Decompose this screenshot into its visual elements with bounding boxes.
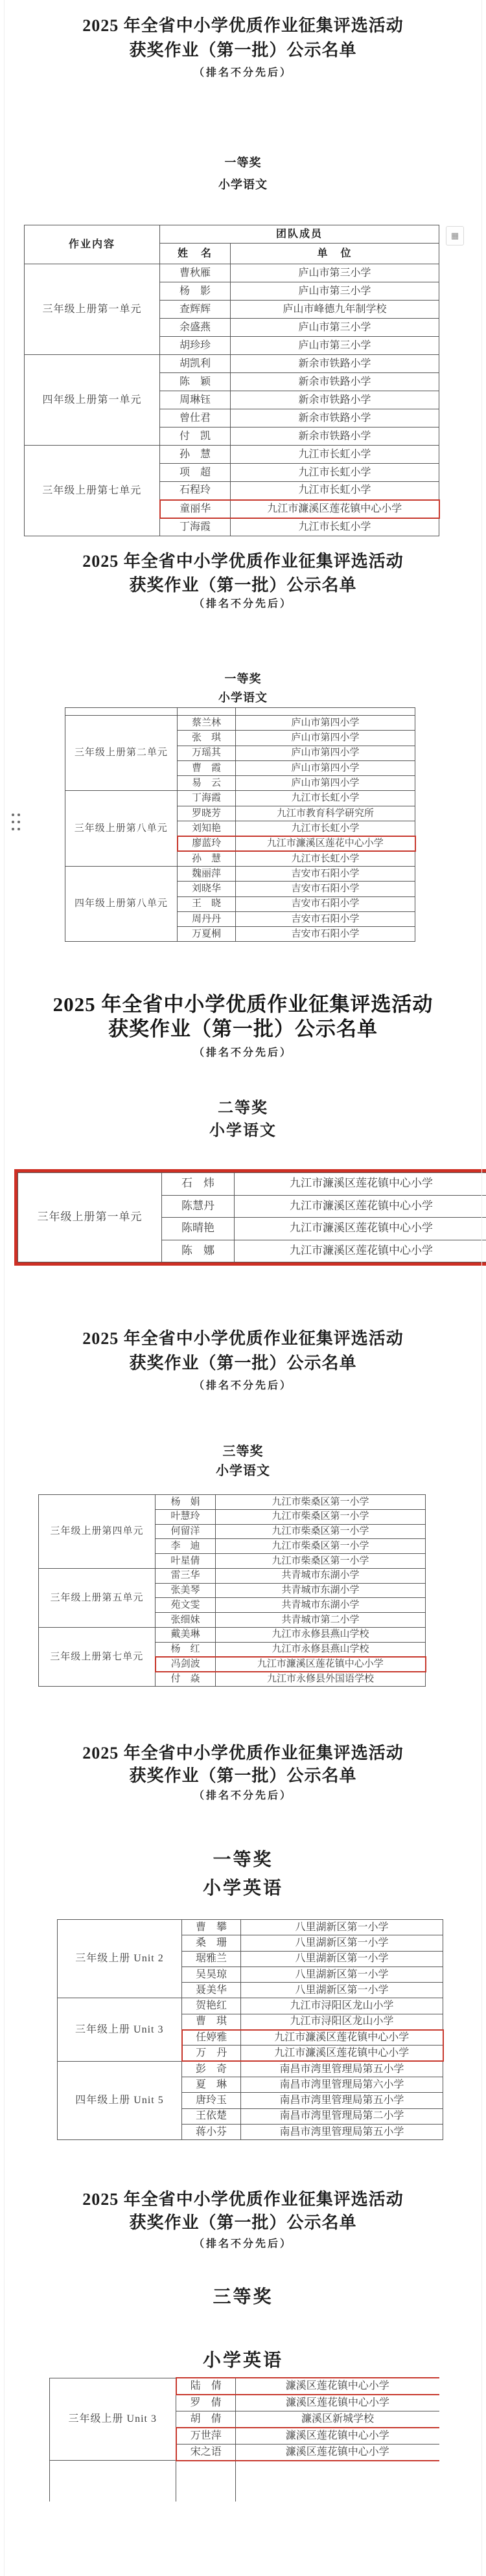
unit-cell: 三年级上册第四单元 bbox=[39, 1495, 156, 1569]
ranking-note: （排名不分先后） bbox=[0, 1047, 486, 1059]
awards-table-container: 三年级上册第一单元石 炜九江市濂溪区莲花镇中心小学陈慧丹九江市濂溪区莲花镇中心小… bbox=[14, 1169, 486, 1266]
name-cell: 唐玲玉 bbox=[182, 2093, 241, 2108]
org-cell: 九江市永修县外国语学校 bbox=[216, 1672, 426, 1687]
unit-cell: 四年级上册 Unit 5 bbox=[58, 2061, 182, 2139]
unit-cell: 四年级上册第八单元 bbox=[65, 866, 178, 941]
name-cell: 胡凯利 bbox=[160, 355, 231, 373]
award-level-heading: 三等奖 bbox=[0, 2286, 486, 2308]
ranking-note: （排名不分先后） bbox=[0, 2238, 486, 2250]
name-cell: 曹 攀 bbox=[182, 1920, 241, 1935]
name-cell: 项 超 bbox=[160, 464, 231, 482]
doc-title-line2: 获奖作业（第一批）公示名单 bbox=[0, 1353, 486, 1373]
table-row: 三年级上册第八单元丁海霞九江市长虹小学 bbox=[65, 791, 415, 806]
ranking-note: （排名不分先后） bbox=[0, 1380, 486, 1392]
awards-table-container: 三年级上册第二单元蔡兰林庐山市第四小学张 琪庐山市第四小学万瑶其庐山市第四小学曹… bbox=[65, 707, 415, 942]
name-cell: 雷三华 bbox=[156, 1568, 216, 1583]
subject-heading: 小学英语 bbox=[0, 1877, 486, 1899]
org-cell: 吉安市石阳小学 bbox=[236, 927, 415, 942]
awards-table: 作业内容团队成员姓 名单 位三年级上册第一单元曹秋雁庐山市第三小学杨 影庐山市第… bbox=[24, 225, 440, 536]
org-cell: 庐山市第三小学 bbox=[231, 337, 439, 355]
name-cell: 王依楚 bbox=[182, 2108, 241, 2124]
subject-heading: 小学语文 bbox=[0, 178, 486, 192]
table-row: 四年级上册第八单元魏丽萍吉安市石阳小学 bbox=[65, 866, 415, 881]
name-cell: 周丹丹 bbox=[178, 911, 236, 926]
org-cell: 濂溪区莲花镇中心小学 bbox=[236, 2444, 440, 2461]
org-cell: 濂溪区新城学校 bbox=[236, 2411, 440, 2428]
name-cell: 查辉辉 bbox=[160, 301, 231, 319]
name-cell: 吴昊琼 bbox=[182, 1966, 241, 1982]
name-cell: 魏丽萍 bbox=[178, 866, 236, 881]
org-cell: 九江市长虹小学 bbox=[236, 821, 415, 836]
table-row: 三年级上册第二单元蔡兰林庐山市第四小学 bbox=[65, 716, 415, 731]
name-cell: 彭 奇 bbox=[182, 2061, 241, 2077]
name-cell: 张细妹 bbox=[156, 1613, 216, 1628]
org-cell: 九江市濂溪区莲花镇中心小学 bbox=[241, 2046, 443, 2061]
org-cell: 吉安市石阳小学 bbox=[236, 882, 415, 896]
name-cell: 付 凯 bbox=[160, 427, 231, 446]
org-cell: 九江市柴桑区第一小学 bbox=[216, 1539, 426, 1554]
org-cell: 庐山市第四小学 bbox=[236, 760, 415, 775]
org-cell: 九江市濂溪区莲花镇中心小学 bbox=[235, 1173, 486, 1196]
unit-cell: 三年级上册 Unit 3 bbox=[58, 1998, 182, 2061]
org-cell: 九江市濂溪区莲花镇中心小学 bbox=[235, 1195, 486, 1218]
table-row: 三年级上册第七单元孙 慧九江市长虹小学 bbox=[25, 446, 439, 464]
awards-table-container: 三年级上册第四单元杨 娟九江市柴桑区第一小学叶慧玲九江市柴桑区第一小学何留洋九江… bbox=[38, 1494, 425, 1687]
name-cell: 万 丹 bbox=[182, 2046, 241, 2061]
name-cell: 石 炜 bbox=[162, 1173, 235, 1196]
name-cell: 刘晓华 bbox=[178, 882, 236, 896]
dot bbox=[12, 821, 14, 823]
right-edge-line bbox=[481, 0, 482, 2576]
name-cell: 叶星倩 bbox=[156, 1554, 216, 1569]
name-cell: 叶慧玲 bbox=[156, 1509, 216, 1524]
awards-table-container: 作业内容团队成员姓 名单 位三年级上册第一单元曹秋雁庐山市第三小学杨 影庐山市第… bbox=[24, 225, 439, 536]
org-cell: 南昌市湾里管理局第五小学 bbox=[241, 2061, 443, 2077]
header-team-members: 团队成员 bbox=[160, 225, 439, 244]
awards-table: 三年级上册 Unit 2曹 攀八里湖新区第一小学桑 珊八里湖新区第一小学琚雅兰八… bbox=[57, 1919, 444, 2140]
name-cell: 陆 倩 bbox=[176, 2378, 236, 2395]
org-cell: 吉安市石阳小学 bbox=[236, 896, 415, 911]
ranking-note: （排名不分先后） bbox=[0, 67, 486, 79]
org-cell: 八里湖新区第一小学 bbox=[241, 1935, 443, 1951]
org-cell: 南昌市湾里管理局第五小学 bbox=[241, 2124, 443, 2139]
name-cell: 蒋小芬 bbox=[182, 2124, 241, 2139]
doc-title-line1: 2025 年全省中小学优质作业征集评选活动 bbox=[0, 992, 486, 1016]
drag-dots-icon bbox=[12, 814, 20, 830]
org-cell: 九江市柴桑区第一小学 bbox=[216, 1524, 426, 1539]
unit-cell: 三年级上册第七单元 bbox=[39, 1627, 156, 1686]
table-row: 三年级上册第四单元杨 娟九江市柴桑区第一小学 bbox=[39, 1495, 426, 1510]
org-cell: 九江市长虹小学 bbox=[231, 464, 439, 482]
org-cell: 九江市浔阳区龙山小学 bbox=[241, 1998, 443, 2014]
name-cell: 聂美华 bbox=[182, 1983, 241, 1998]
name-cell: 丁海霞 bbox=[178, 791, 236, 806]
org-cell: 九江市濂溪区莲花镇中心小学 bbox=[235, 1218, 486, 1240]
ranking-note: （排名不分先后） bbox=[0, 1790, 486, 1802]
table-row: 三年级上册第一单元石 炜九江市濂溪区莲花镇中心小学 bbox=[18, 1173, 486, 1196]
org-cell: 新余市铁路小学 bbox=[231, 355, 439, 373]
table-row: 三年级上册第七单元戴美琳九江市永修县燕山学校 bbox=[39, 1627, 426, 1642]
name-cell: 张美琴 bbox=[156, 1583, 216, 1598]
org-cell: 九江市柴桑区第一小学 bbox=[216, 1554, 426, 1569]
name-cell: 琚雅兰 bbox=[182, 1951, 241, 1966]
doc-title-line2: 获奖作业（第一批）公示名单 bbox=[0, 40, 486, 60]
org-cell: 九江市柴桑区第一小学 bbox=[216, 1495, 426, 1510]
unit-cell: 三年级上册 Unit 3 bbox=[50, 2378, 176, 2461]
subject-heading: 小学语文 bbox=[0, 1122, 486, 1141]
org-cell: 庐山市第三小学 bbox=[231, 319, 439, 337]
org-cell: 九江市教育科学研究所 bbox=[236, 806, 415, 821]
partial-clipped-row bbox=[50, 2461, 440, 2502]
doc-title-line2: 获奖作业（第一批）公示名单 bbox=[0, 2213, 486, 2233]
name-cell: 蔡兰林 bbox=[178, 716, 236, 731]
name-cell: 罗 倩 bbox=[176, 2395, 236, 2411]
name-cell: 何留洋 bbox=[156, 1524, 216, 1539]
awards-table: 三年级上册第四单元杨 娟九江市柴桑区第一小学叶慧玲九江市柴桑区第一小学何留洋九江… bbox=[38, 1494, 426, 1687]
name-cell: 陈 娜 bbox=[162, 1240, 235, 1262]
org-cell: 吉安市石阳小学 bbox=[236, 866, 415, 881]
name-cell: 易 云 bbox=[178, 776, 236, 791]
name-cell: 万夏桐 bbox=[178, 927, 236, 942]
awards-table: 三年级上册 Unit 3陆 倩濂溪区莲花镇中心小学罗 倩濂溪区莲花镇中心小学胡 … bbox=[49, 2377, 439, 2502]
awards-table-container: 三年级上册 Unit 2曹 攀八里湖新区第一小学桑 珊八里湖新区第一小学琚雅兰八… bbox=[57, 1919, 443, 2140]
name-cell: 丁海霞 bbox=[160, 518, 231, 536]
org-cell: 九江市濂溪区莲花镇中心小学 bbox=[231, 500, 439, 518]
name-cell: 宋之语 bbox=[176, 2444, 236, 2461]
org-cell: 庐山市第四小学 bbox=[236, 716, 415, 731]
org-cell: 吉安市石阳小学 bbox=[236, 911, 415, 926]
table-header-row: 作业内容团队成员 bbox=[25, 225, 439, 244]
doc-title-line1: 2025 年全省中小学优质作业征集评选活动 bbox=[0, 1743, 486, 1763]
name-cell: 张 琪 bbox=[178, 731, 236, 746]
name-cell: 苑文雯 bbox=[156, 1598, 216, 1613]
table-row: 三年级上册第一单元曹秋雁庐山市第三小学 bbox=[25, 264, 439, 282]
org-cell: 八里湖新区第一小学 bbox=[241, 1951, 443, 1966]
name-cell: 廖蓝玲 bbox=[178, 836, 236, 851]
org-cell: 庐山市第四小学 bbox=[236, 731, 415, 746]
name-cell: 戴美琳 bbox=[156, 1627, 216, 1642]
unit-cell: 三年级上册第七单元 bbox=[25, 446, 160, 536]
unit-cell: 四年级上册第一单元 bbox=[25, 355, 160, 446]
dot bbox=[17, 814, 20, 816]
name-cell: 曹 琪 bbox=[182, 2014, 241, 2029]
name-cell: 罗晓芳 bbox=[178, 806, 236, 821]
org-cell: 八里湖新区第一小学 bbox=[241, 1920, 443, 1935]
name-cell: 孙 慧 bbox=[160, 446, 231, 464]
dot bbox=[17, 821, 20, 823]
org-cell: 庐山市峰德九年制学校 bbox=[231, 301, 439, 319]
doc-title-line2: 获奖作业（第一批）公示名单 bbox=[0, 575, 486, 595]
org-cell: 共青城市东湖小学 bbox=[216, 1598, 426, 1613]
org-cell: 九江市长虹小学 bbox=[236, 851, 415, 866]
org-cell: 新余市铁路小学 bbox=[231, 427, 439, 446]
name-cell: 付 焱 bbox=[156, 1672, 216, 1687]
unit-cell: 三年级上册第一单元 bbox=[25, 264, 160, 355]
org-cell: 九江市濂溪区莲花镇中心小学 bbox=[235, 1240, 486, 1262]
org-cell: 庐山市第四小学 bbox=[236, 776, 415, 791]
doc-title-line1: 2025 年全省中小学优质作业征集评选活动 bbox=[0, 16, 486, 36]
org-cell: 庐山市第三小学 bbox=[231, 282, 439, 301]
org-cell: 共青城市东湖小学 bbox=[216, 1583, 426, 1598]
org-cell: 九江市长虹小学 bbox=[236, 791, 415, 806]
name-cell: 胡 倩 bbox=[176, 2411, 236, 2428]
name-cell: 杨 影 bbox=[160, 282, 231, 301]
table-row: 三年级上册 Unit 3贺艳红九江市浔阳区龙山小学 bbox=[58, 1998, 443, 2014]
org-cell: 濂溪区莲花镇中心小学 bbox=[236, 2428, 440, 2445]
org-cell: 九江市浔阳区龙山小学 bbox=[241, 2014, 443, 2029]
name-cell: 任婷雅 bbox=[182, 2030, 241, 2046]
header-name: 姓 名 bbox=[160, 244, 231, 264]
name-cell: 石程玲 bbox=[160, 482, 231, 500]
org-cell: 濂溪区莲花镇中心小学 bbox=[236, 2378, 440, 2395]
name-cell: 曹 霞 bbox=[178, 760, 236, 775]
subject-heading: 小学英语 bbox=[0, 2349, 486, 2371]
table-row: 三年级上册 Unit 2曹 攀八里湖新区第一小学 bbox=[58, 1920, 443, 1935]
document-scan: 2025 年全省中小学优质作业征集评选活动获奖作业（第一批）公示名单（排名不分先… bbox=[0, 0, 486, 2576]
highlighted-row: 三年级上册 Unit 3陆 倩濂溪区莲花镇中心小学 bbox=[50, 2378, 440, 2395]
name-cell: 李 迪 bbox=[156, 1539, 216, 1554]
award-level-heading: 三等奖 bbox=[0, 1444, 486, 1459]
dot bbox=[17, 828, 20, 830]
org-cell: 九江市濂溪区莲花中心小学 bbox=[236, 836, 415, 851]
org-cell: 新余市铁路小学 bbox=[231, 391, 439, 409]
subject-heading: 小学语文 bbox=[0, 1463, 486, 1479]
awards-table-container: 三年级上册 Unit 3陆 倩濂溪区莲花镇中心小学罗 倩濂溪区莲花镇中心小学胡 … bbox=[49, 2377, 439, 2502]
org-cell: 八里湖新区第一小学 bbox=[241, 1966, 443, 1982]
name-cell: 陈慧丹 bbox=[162, 1195, 235, 1218]
image-placeholder-icon: ▦ bbox=[446, 226, 464, 245]
doc-title-line2: 获奖作业（第一批）公示名单 bbox=[0, 1017, 486, 1041]
org-cell: 共青城市东湖小学 bbox=[216, 1568, 426, 1583]
partial-clipped-row bbox=[65, 708, 415, 716]
org-cell: 八里湖新区第一小学 bbox=[241, 1983, 443, 1998]
header-unit: 单 位 bbox=[231, 244, 439, 264]
award-level-heading: 一等奖 bbox=[0, 1849, 486, 1871]
dot bbox=[12, 828, 14, 830]
org-cell: 九江市永修县燕山学校 bbox=[216, 1627, 426, 1642]
name-cell: 桑 珊 bbox=[182, 1935, 241, 1951]
name-cell: 曹秋雁 bbox=[160, 264, 231, 282]
name-cell: 胡珍珍 bbox=[160, 337, 231, 355]
awards-table: 三年级上册第一单元石 炜九江市濂溪区莲花镇中心小学陈慧丹九江市濂溪区莲花镇中心小… bbox=[17, 1172, 486, 1262]
org-cell: 南昌市湾里管理局第六小学 bbox=[241, 2077, 443, 2092]
doc-title-line1: 2025 年全省中小学优质作业征集评选活动 bbox=[0, 1328, 486, 1349]
name-cell: 杨 娟 bbox=[156, 1495, 216, 1510]
table-row: 三年级上册第五单元雷三华共青城市东湖小学 bbox=[39, 1568, 426, 1583]
org-cell: 新余市铁路小学 bbox=[231, 409, 439, 427]
unit-cell: 三年级上册第八单元 bbox=[65, 791, 178, 866]
org-cell: 南昌市湾里管理局第二小学 bbox=[241, 2108, 443, 2124]
org-cell: 南昌市湾里管理局第五小学 bbox=[241, 2093, 443, 2108]
award-level-heading: 一等奖 bbox=[0, 672, 486, 687]
org-cell: 九江市柴桑区第一小学 bbox=[216, 1509, 426, 1524]
awards-table: 三年级上册第二单元蔡兰林庐山市第四小学张 琪庐山市第四小学万瑶其庐山市第四小学曹… bbox=[65, 707, 416, 942]
name-cell: 杨 红 bbox=[156, 1642, 216, 1657]
award-level-heading: 二等奖 bbox=[0, 1099, 486, 1118]
table-row: 四年级上册第一单元胡凯利新余市铁路小学 bbox=[25, 355, 439, 373]
name-cell: 夏 琳 bbox=[182, 2077, 241, 2092]
name-cell: 余盛燕 bbox=[160, 319, 231, 337]
subject-heading: 小学语文 bbox=[0, 691, 486, 705]
org-cell: 庐山市第三小学 bbox=[231, 264, 439, 282]
unit-cell: 三年级上册 Unit 2 bbox=[58, 1920, 182, 1998]
name-cell: 万世萍 bbox=[176, 2428, 236, 2445]
doc-title-line1: 2025 年全省中小学优质作业征集评选活动 bbox=[0, 2189, 486, 2209]
dot bbox=[12, 814, 14, 816]
org-cell: 九江市长虹小学 bbox=[231, 518, 439, 536]
name-cell: 陈 颖 bbox=[160, 373, 231, 391]
org-cell: 九江市长虹小学 bbox=[231, 446, 439, 464]
org-cell: 九江市濂溪区莲花镇中心小学 bbox=[216, 1657, 426, 1672]
name-cell: 童丽华 bbox=[160, 500, 231, 518]
name-cell: 刘知艳 bbox=[178, 821, 236, 836]
name-cell: 周琳钰 bbox=[160, 391, 231, 409]
header-homework-content: 作业内容 bbox=[25, 225, 160, 264]
name-cell: 孙 慧 bbox=[178, 851, 236, 866]
award-level-heading: 一等奖 bbox=[0, 156, 486, 170]
org-cell: 九江市长虹小学 bbox=[231, 482, 439, 500]
unit-cell: 三年级上册第二单元 bbox=[65, 716, 178, 791]
table-row: 四年级上册 Unit 5彭 奇南昌市湾里管理局第五小学 bbox=[58, 2061, 443, 2077]
org-cell: 九江市永修县燕山学校 bbox=[216, 1642, 426, 1657]
doc-title-line2: 获奖作业（第一批）公示名单 bbox=[0, 1766, 486, 1786]
left-edge-line bbox=[4, 0, 5, 2576]
ranking-note: （排名不分先后） bbox=[0, 598, 486, 610]
doc-title-line1: 2025 年全省中小学优质作业征集评选活动 bbox=[0, 551, 486, 571]
name-cell: 王 晓 bbox=[178, 896, 236, 911]
org-cell: 新余市铁路小学 bbox=[231, 373, 439, 391]
name-cell: 曾仕君 bbox=[160, 409, 231, 427]
org-cell: 共青城市第二小学 bbox=[216, 1613, 426, 1628]
name-cell: 冯剑波 bbox=[156, 1657, 216, 1672]
name-cell: 贺艳红 bbox=[182, 1998, 241, 2014]
name-cell: 万瑶其 bbox=[178, 746, 236, 760]
unit-cell: 三年级上册第一单元 bbox=[18, 1173, 162, 1262]
name-cell: 陈晴艳 bbox=[162, 1218, 235, 1240]
unit-cell: 三年级上册第五单元 bbox=[39, 1568, 156, 1627]
org-cell: 九江市濂溪区莲花镇中心小学 bbox=[241, 2030, 443, 2046]
org-cell: 濂溪区莲花镇中心小学 bbox=[236, 2395, 440, 2411]
org-cell: 庐山市第四小学 bbox=[236, 746, 415, 760]
